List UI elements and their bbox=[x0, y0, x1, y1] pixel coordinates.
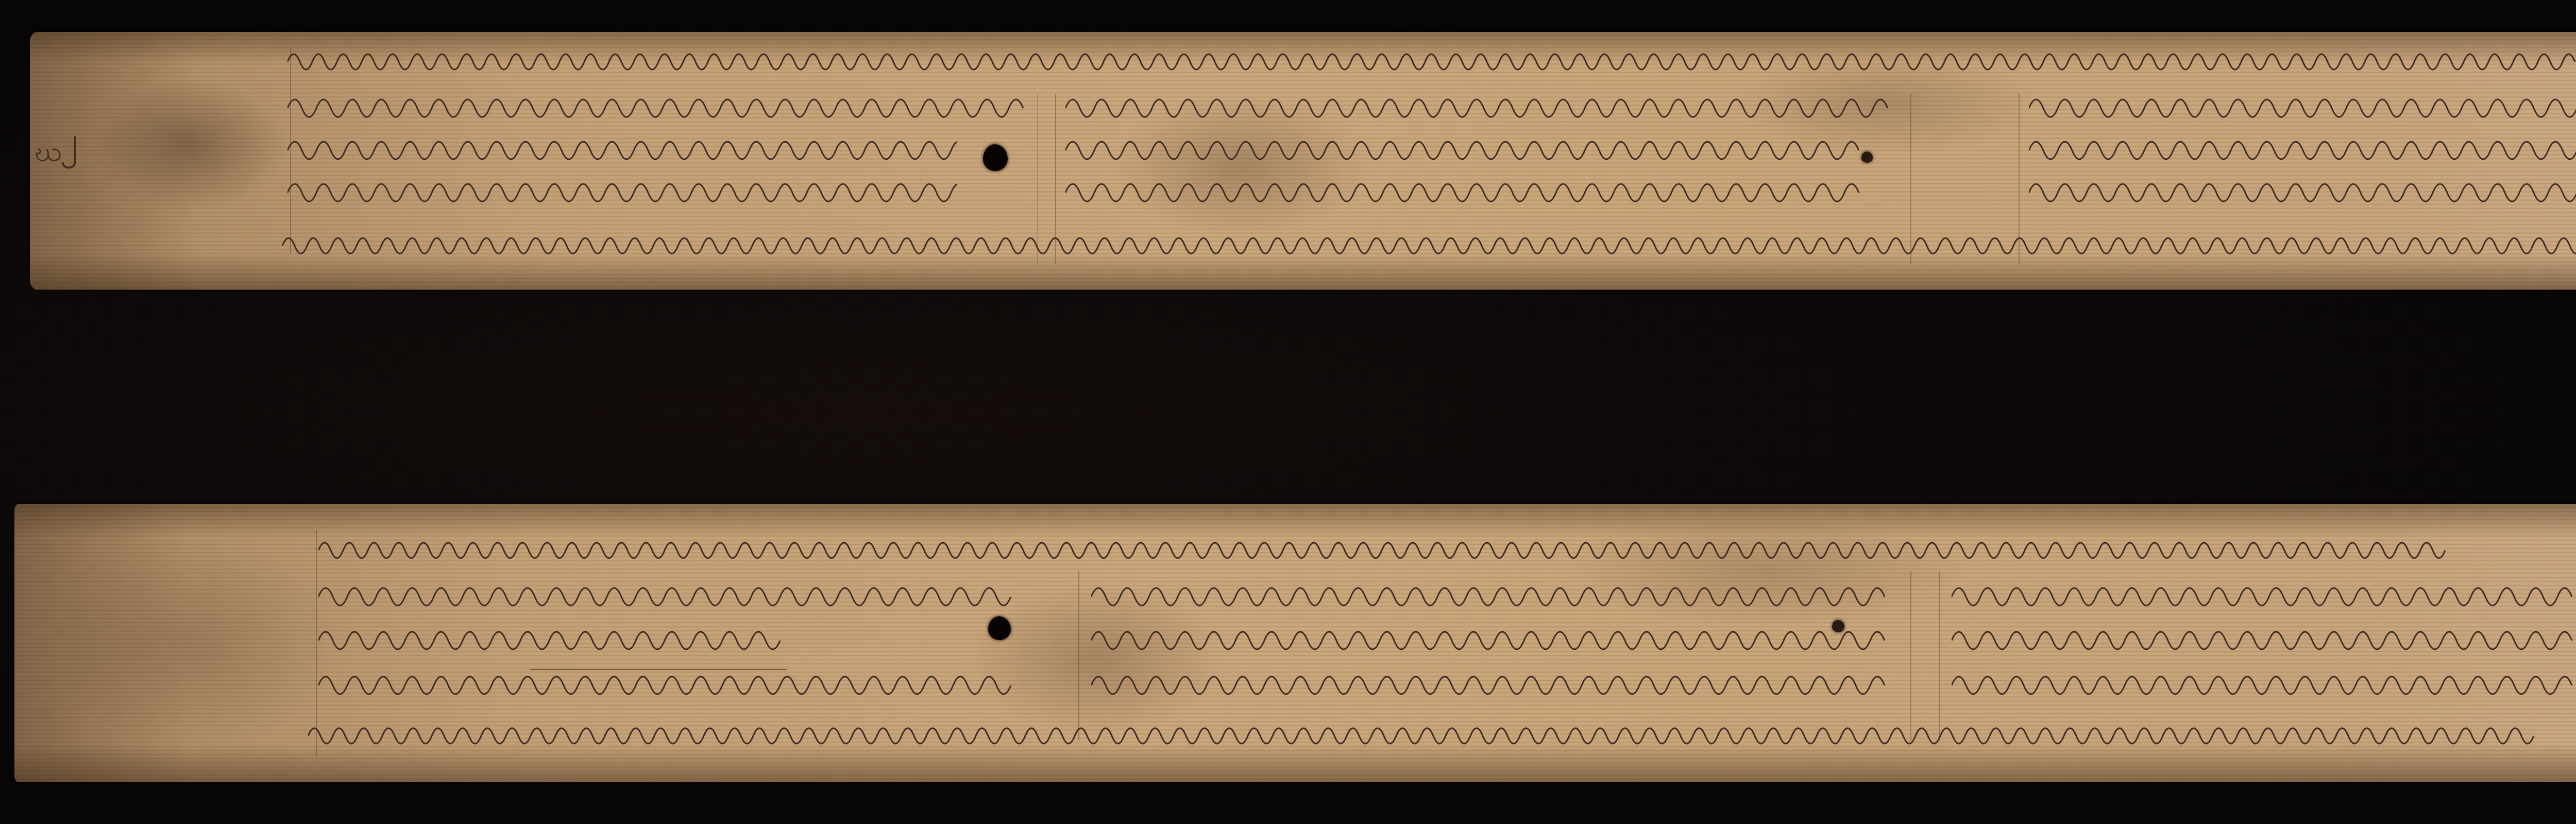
script-line-4b bbox=[1091, 665, 1895, 701]
script-line-2b bbox=[1065, 88, 1900, 124]
script-line-1: ဝိဂြဟဂိဂေဝေဟဒိ ဂိုဂေဝ ... ဗိုဟသိဂိုလ် ..… bbox=[287, 41, 2576, 77]
script-line-2c bbox=[2029, 88, 2576, 124]
script-line-2: ဗိုဂ္ဂ ဂ္ဂ ... ဗိုလ်ဂြဟ ... ဂိုလ်ဂ ... ပ… bbox=[287, 88, 1029, 124]
script-line-4: ယဂ္ဂေဝေ ... ဗိုလ်ဂိ ... ဂိုဝ ... သဝ ... bbox=[287, 172, 957, 208]
script-line-4b bbox=[1065, 172, 1869, 208]
script-line-3b bbox=[1065, 130, 1859, 166]
script-line-4c bbox=[1952, 665, 2576, 701]
script-line-4: ဂဝ ... ဂိုလ် ... ဗိုလ်ဂ ... ဂ ... bbox=[318, 665, 1014, 701]
script-line-3c bbox=[1952, 620, 2576, 656]
script-line-3: ဂေ ဂ ... ဗိုလ် ... ဂိုဝ ... ဂ ... bbox=[318, 620, 782, 656]
stain bbox=[35, 535, 344, 751]
script-line-2b bbox=[1091, 576, 1895, 612]
palm-leaf-2: ဝိ ဂ္ဂ ဂေ ဂ ... ဂြဟ ... ဂိုဝ ... ဗိုလ်ဂ … bbox=[14, 504, 2576, 782]
script-line-1: ဝိ ဂ္ဂ ဂေ ဂ ... ဂြဟ ... ဂိုဝ ... ဗိုလ်ဂ … bbox=[318, 530, 2576, 566]
script-line-3: ဂျိဂ ဝ ဂံဂ္ဂ ... ပထမ ... ဂိုဝဟိ ... ဗိုလ… bbox=[287, 130, 957, 166]
stain bbox=[92, 78, 287, 212]
script-line-2: ဂြဟ ... ဂိုလ် ... ဗိုလ်ဂ ... ဂိုဝ ... bbox=[318, 576, 1014, 612]
script-line-4c bbox=[2029, 172, 2576, 208]
string-hole-left bbox=[988, 616, 1011, 640]
string-hole-left bbox=[983, 144, 1008, 171]
palm-leaf-1: ဃ ၂ ဝိဂြဟဂိဂေဝေဟဒိ ဂိုဂေဝ ... ဗိုဟသိဂိုလ… bbox=[30, 32, 2576, 290]
string-hole-right bbox=[1861, 152, 1873, 163]
script-line-3b bbox=[1091, 620, 1895, 656]
script-line-5: ဂ ဂ ... ဂိုဝ ... ဗိုလ်ဂ ... ဂ ... bbox=[308, 715, 2576, 751]
script-line-3c bbox=[2029, 130, 2576, 166]
script-line-5: ဂေ ဂ္ဂ ဂိုဝ ... ဂ ဂိုဝ ... ဗိုလ်ဂ ... သ … bbox=[282, 225, 2576, 261]
folio-mark-number: ၂ bbox=[60, 122, 77, 158]
script-line-2c bbox=[1952, 576, 2576, 612]
folio-mark-letter: ဃ bbox=[35, 138, 62, 165]
